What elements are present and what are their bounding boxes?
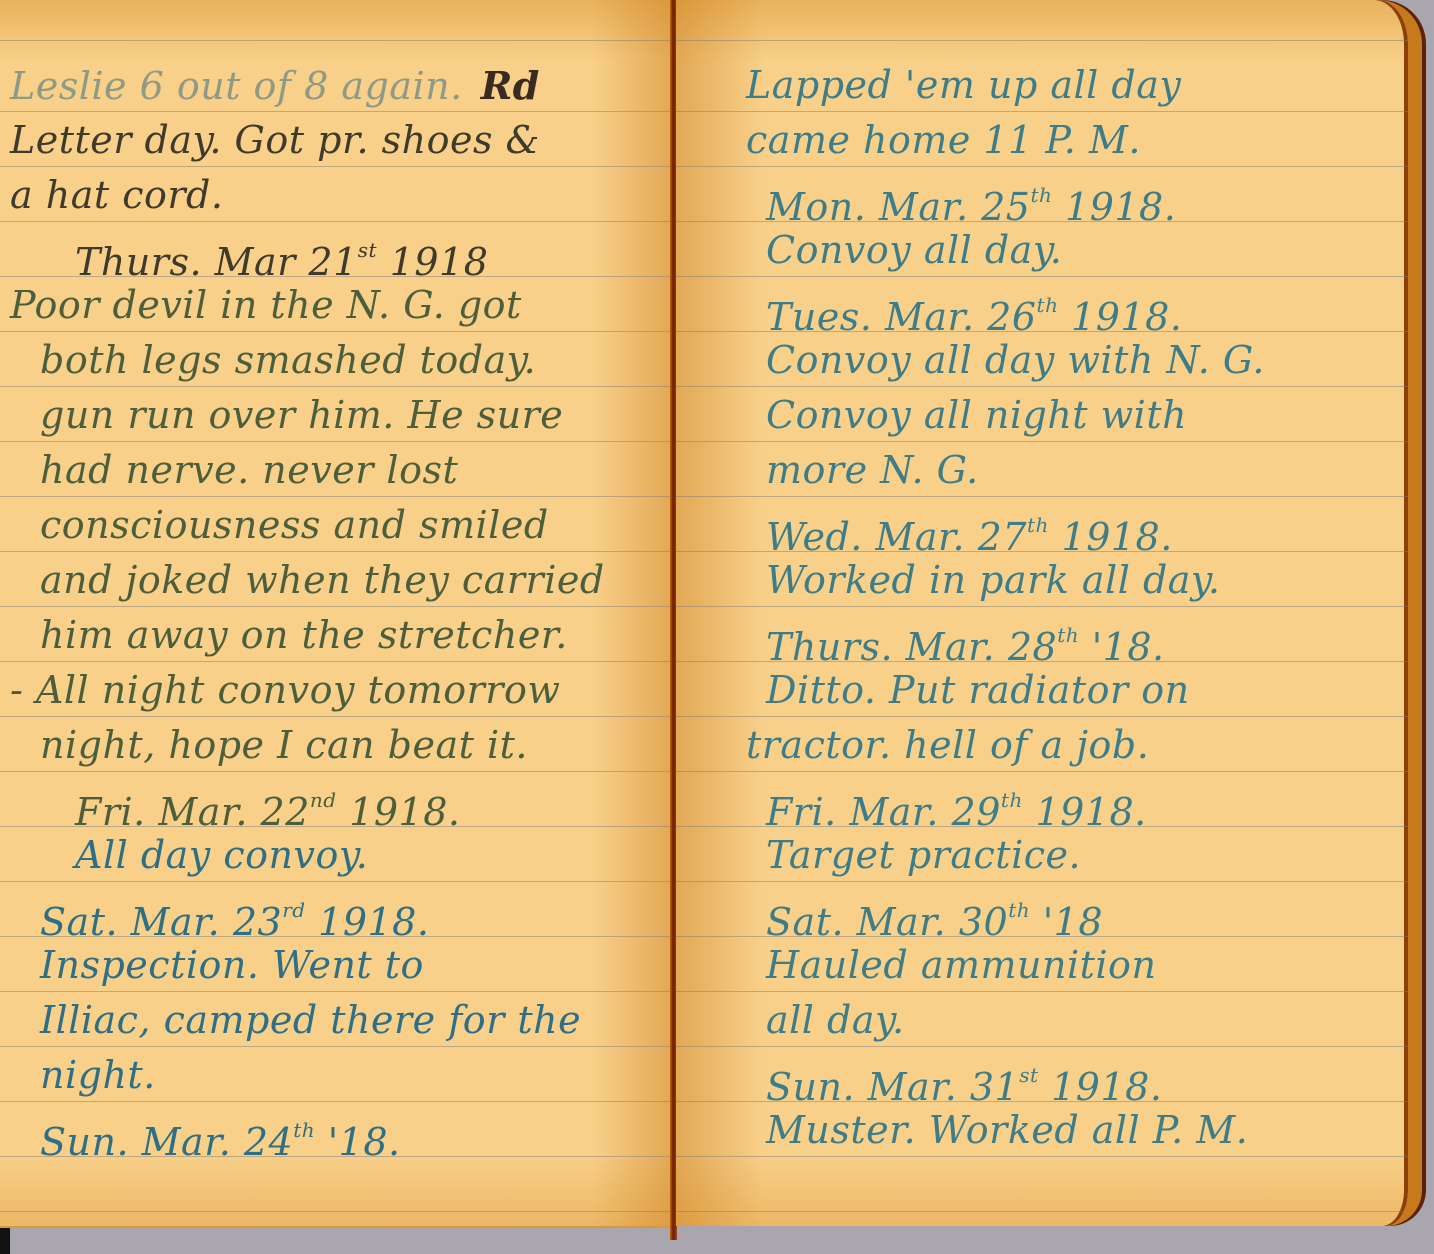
diary-line: tractor. hell of a job. — [676, 718, 1408, 773]
entry-date: Thurs. Mar. 28th '18. — [676, 608, 1408, 663]
diary-line: gun run over him. He sure — [0, 388, 672, 443]
diary-line: both legs smashed today. — [0, 333, 672, 388]
diary-line: Worked in park all day. — [676, 553, 1408, 608]
entry-date: Mon. Mar. 25th 1918. — [676, 168, 1408, 223]
entry-date: Sat. Mar. 23rd 1918. — [0, 883, 672, 938]
backdrop-edge — [0, 1228, 10, 1254]
diary-line: night, hope I can beat it. — [0, 718, 672, 773]
diary-line: Lapped 'em up all day — [676, 58, 1408, 113]
entry-date: Fri. Mar. 22nd 1918. — [0, 773, 672, 828]
diary-line: Convoy all day with N. G. — [676, 333, 1408, 388]
diary-line: and joked when they carried — [0, 553, 672, 608]
margin-note: Rd — [481, 63, 540, 108]
diary-line: had nerve. never lost — [0, 443, 672, 498]
diary-line: consciousness and smiled — [0, 498, 672, 553]
diary-line: Muster. Worked all P. M. — [676, 1103, 1408, 1158]
entry-date: Tues. Mar. 26th 1918. — [676, 278, 1408, 333]
diary-line: All day convoy. — [0, 828, 672, 883]
diary-line: a hat cord. — [0, 168, 672, 223]
diary-line: - All night convoy tomorrow — [0, 663, 672, 718]
right-page: Lapped 'em up all day came home 11 P. M.… — [676, 0, 1422, 1226]
diary-line: Leslie 6 out of 8 again.Rd — [0, 58, 672, 113]
entry-date: Sun. Mar. 31st 1918. — [676, 1048, 1408, 1103]
entry-date: Sun. Mar. 24th '18. — [0, 1103, 672, 1158]
diary-line: all day. — [676, 993, 1408, 1048]
diary-line: Hauled ammunition — [676, 938, 1408, 993]
left-page-entries: Leslie 6 out of 8 again.Rd Letter day. G… — [0, 58, 672, 1158]
diary-line: Illiac, camped there for the — [0, 993, 672, 1048]
diary-line: Inspection. Went to — [0, 938, 672, 993]
diary-line: Target practice. — [676, 828, 1408, 883]
entry-date: Thurs. Mar 21st 1918 — [0, 223, 672, 278]
diary-line: Convoy all day. — [676, 223, 1408, 278]
diary-line: came home 11 P. M. — [676, 113, 1408, 168]
right-page-entries: Lapped 'em up all day came home 11 P. M.… — [676, 58, 1408, 1158]
diary-line: Ditto. Put radiator on — [676, 663, 1408, 718]
diary-line: Convoy all night with — [676, 388, 1408, 443]
diary-line: night. — [0, 1048, 672, 1103]
open-notebook: Leslie 6 out of 8 again.Rd Letter day. G… — [0, 0, 1420, 1228]
diary-line: more N. G. — [676, 443, 1408, 498]
left-page: Leslie 6 out of 8 again.Rd Letter day. G… — [0, 0, 672, 1228]
diary-line: him away on the stretcher. — [0, 608, 672, 663]
entry-date: Sat. Mar. 30th '18 — [676, 883, 1408, 938]
diary-line: Poor devil in the N. G. got — [0, 278, 672, 333]
entry-date: Fri. Mar. 29th 1918. — [676, 773, 1408, 828]
diary-line: Letter day. Got pr. shoes & — [0, 113, 672, 168]
entry-date: Wed. Mar. 27th 1918. — [676, 498, 1408, 553]
